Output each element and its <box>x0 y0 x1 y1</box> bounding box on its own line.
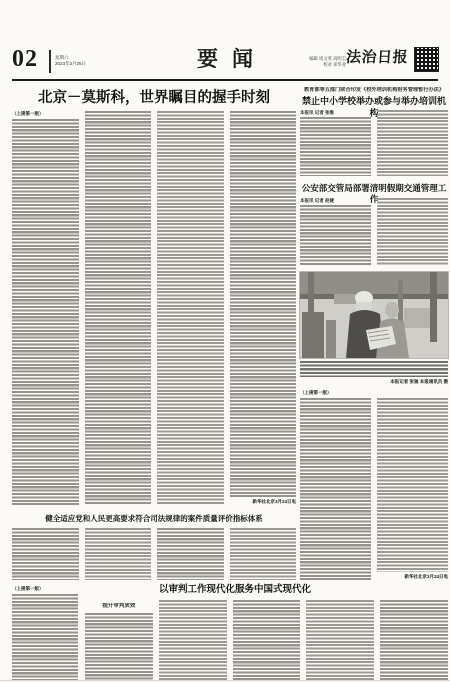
continuation-columns: 新华社北京3月24日电 <box>300 398 448 580</box>
body-text-block <box>300 398 371 580</box>
text-column <box>159 600 227 680</box>
text-column <box>377 198 448 266</box>
news-photo <box>300 272 448 358</box>
text-column <box>85 528 152 580</box>
header-rule <box>12 79 438 81</box>
trial-article-headline: 以审判工作现代化服务中国式现代化 <box>85 584 385 597</box>
body-text-block <box>85 613 153 680</box>
body-text-block <box>306 600 374 680</box>
wire-credit: 新华社北京3月24日电 <box>230 499 297 505</box>
section-title: 要闻 <box>183 49 267 70</box>
body-text-block <box>230 528 297 580</box>
page-number: 02 <box>12 46 38 73</box>
news-photo-image <box>300 272 448 358</box>
article-subhead: 提升审判质效 <box>85 603 153 610</box>
continued-from-label: （上接第一版） <box>12 111 79 117</box>
text-column <box>306 600 374 680</box>
body-text-block <box>157 111 224 505</box>
body-text-block <box>157 528 224 580</box>
continued-from-label: （上接第一版） <box>300 390 448 396</box>
text-column: （上接第一版） <box>12 111 79 505</box>
text-column: 提升审判质效 <box>85 600 153 680</box>
body-text-block <box>85 528 152 580</box>
education-article-columns: 本报讯 记者 张维 <box>300 110 448 176</box>
text-column <box>233 600 301 680</box>
continued-from-label: （上接第一版） <box>12 586 78 592</box>
text-column <box>380 600 448 680</box>
body-text-block <box>300 205 371 266</box>
photo-caption: 本报记者 张驰 本报通讯员 摄 <box>300 361 448 385</box>
text-column <box>157 111 224 505</box>
quality-article-headline: 健全适应党和人民更高要求符合司法规律的案件质量评价指标体系 <box>12 514 296 524</box>
text-column <box>85 111 152 505</box>
text-column: 本报讯 记者 张维 <box>300 110 371 176</box>
proofreader-line: 校对 邓华业 <box>309 62 346 68</box>
bottom-left-continuation: （上接第一版） <box>12 586 78 680</box>
text-column: 本报讯 记者 赵婕 <box>300 198 371 266</box>
newspaper-page: 02 星期六 2023年3月25日 要闻 编辑 周文英 高明圭 校对 邓华业 法… <box>0 0 450 683</box>
text-column <box>300 398 371 580</box>
main-article-headline: 北京－莫斯科，世界瞩目的握手时刻 <box>12 88 296 108</box>
text-column: 新华社北京3月24日电 <box>230 111 297 505</box>
date-block: 星期六 2023年3月25日 <box>55 55 86 67</box>
masthead-logo: 法治日报 <box>345 51 408 66</box>
body-text-block <box>230 111 297 497</box>
body-text-block <box>12 594 78 680</box>
wire-credit: 新华社北京3月24日电 <box>377 574 448 580</box>
main-article-columns: （上接第一版） 新华社北京3月24日电 <box>12 111 296 505</box>
quality-article-columns <box>12 528 296 580</box>
education-article-eyebrow: 教育部等五部门联合印发《校外培训机构财务管理暂行办法》 <box>300 87 448 94</box>
page-header: 02 星期六 2023年3月25日 要闻 编辑 周文英 高明圭 校对 邓华业 法… <box>12 46 438 79</box>
reporter-lead: 本报讯 记者 张维 <box>300 110 371 116</box>
text-column <box>230 528 297 580</box>
body-text-block <box>300 117 371 176</box>
editors-block: 编辑 周文英 高明圭 校对 邓华业 <box>309 56 346 68</box>
caption-text-block <box>300 361 448 377</box>
photo-credit: 本报记者 张驰 本报通讯员 摄 <box>300 379 448 385</box>
text-column <box>157 528 224 580</box>
body-text-block <box>12 119 79 505</box>
qr-code-icon <box>415 48 438 71</box>
body-text-block <box>85 111 152 505</box>
trial-article-columns: 提升审判质效 <box>85 600 448 680</box>
body-text-block <box>377 398 448 572</box>
page-bottom-rule <box>0 680 450 681</box>
body-text-block <box>233 600 301 680</box>
reporter-lead: 本报讯 记者 赵婕 <box>300 198 371 204</box>
body-text-block <box>12 528 79 580</box>
body-text-block <box>377 110 448 176</box>
text-column <box>377 110 448 176</box>
text-column <box>12 528 79 580</box>
body-text-block <box>159 600 227 680</box>
body-text-block <box>380 600 448 680</box>
date-label: 2023年3月25日 <box>55 61 86 67</box>
body-text-block <box>377 198 448 266</box>
header-divider <box>49 50 51 73</box>
traffic-article-columns: 本报讯 记者 赵婕 <box>300 198 448 266</box>
text-column: 新华社北京3月24日电 <box>377 398 448 580</box>
